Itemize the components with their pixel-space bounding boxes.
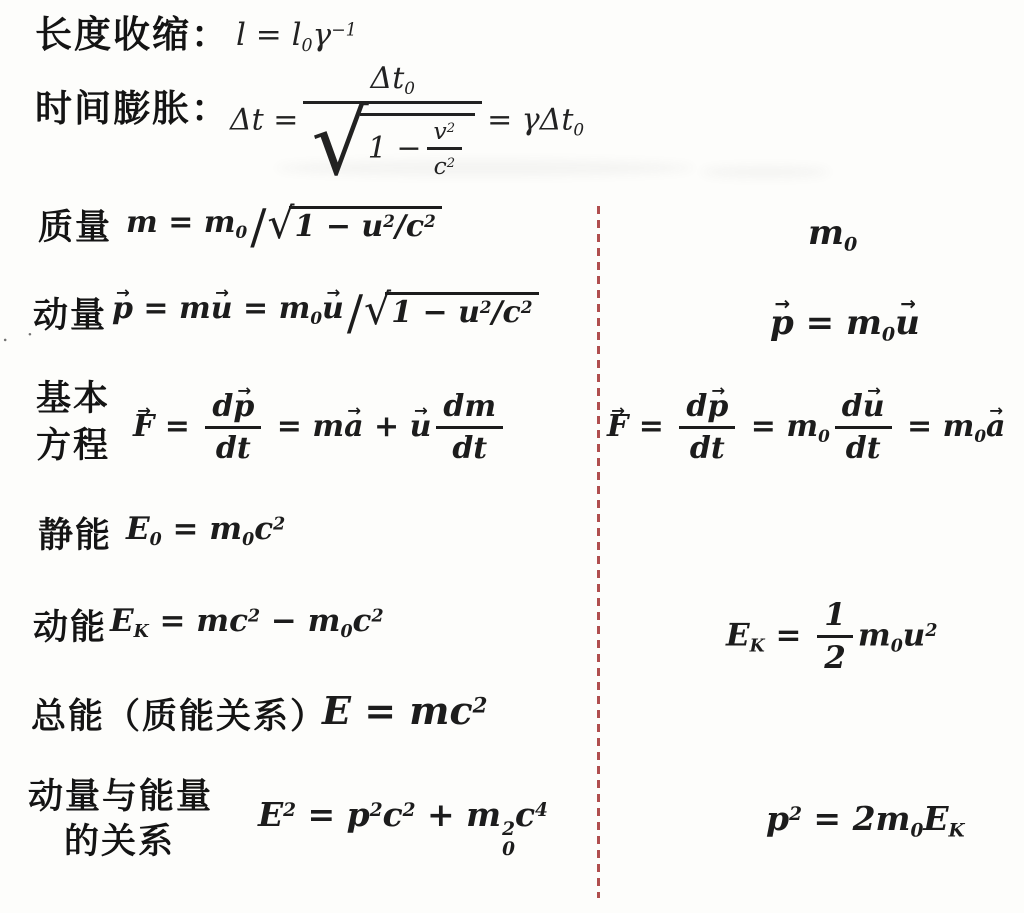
math-token: c: [515, 795, 535, 834]
math-token: E: [258, 795, 283, 834]
row-mass-label: 质量: [38, 208, 112, 248]
row-basic-equation-label-line2: 方程: [36, 426, 110, 466]
math-token: u: [903, 618, 926, 654]
math-superscript: 2: [370, 800, 383, 821]
math-token: = m: [897, 409, 975, 444]
fraction-denominator: dt: [683, 429, 732, 464]
math-superscript: 2: [925, 621, 937, 641]
math-token: E: [726, 618, 750, 654]
math-token: = 2m: [802, 799, 911, 838]
division-slash: /: [347, 298, 363, 329]
rest-energy-formula: E0 = m0c2: [126, 514, 285, 549]
math-subscript: 0: [818, 426, 830, 446]
math-token: 1 − u: [391, 295, 480, 330]
square-root: √1 −v2c2: [311, 109, 475, 179]
math-subscript: K: [750, 637, 765, 657]
math-token: γ: [313, 17, 332, 53]
kinetic-energy-classical: EK = 12m0u2: [726, 600, 937, 674]
math-superscript: 2: [447, 121, 455, 136]
math-token: p: [233, 389, 254, 424]
math-subscript: 0: [910, 820, 923, 841]
math-token: p: [707, 389, 728, 424]
math-token: = m: [233, 291, 311, 326]
math-token: 1 − u: [295, 209, 384, 244]
math-token: + m: [416, 795, 502, 834]
math-token: +: [364, 409, 410, 444]
math-token: = m: [740, 409, 818, 444]
radicand: 1 − u2/c2: [289, 206, 442, 242]
math-superscript: 2: [403, 800, 416, 821]
time-dilation-label: 时间膨胀：: [35, 88, 230, 131]
math-subscript: 0: [236, 222, 248, 242]
scanned-notes-page: . · 长度收缩： l = l0γ−1 时间膨胀： Δt =Δt0√1 −v2c…: [0, 0, 1024, 913]
math-subscript: 0: [340, 622, 352, 642]
radicand: 1 −v2c2: [360, 113, 475, 179]
length-contraction-formula: l = l0γ−1: [236, 20, 357, 55]
vector-u: u: [863, 392, 885, 422]
math-subscript: K: [948, 820, 964, 841]
math-token: m: [808, 213, 844, 253]
math-token: F: [607, 409, 628, 444]
math-subscript: 0: [573, 119, 584, 139]
math-token: /c: [492, 295, 521, 330]
fraction-numerator: du: [835, 392, 892, 426]
math-superscript: 2: [424, 211, 436, 231]
math-token: u: [322, 291, 344, 326]
fraction-denominator: dt: [445, 429, 494, 464]
fraction: dpdt: [679, 392, 735, 464]
fraction-denominator: √1 −v2c2: [303, 104, 482, 179]
math-subscript: K: [134, 622, 149, 642]
momentum-energy-relation-relativistic: E2 = p2c2 + m20c4: [258, 798, 548, 859]
math-superscript: 2: [383, 211, 395, 231]
math-token: = mc: [149, 603, 248, 639]
math-token: c: [353, 603, 372, 639]
math-subscript: 0: [502, 840, 515, 859]
time-dilation-formula: Δt =Δt0√1 −v2c2= γΔt0: [230, 64, 584, 179]
math-token: Δt =: [230, 102, 298, 137]
vector-p: p: [233, 392, 254, 422]
vector-u: u: [211, 294, 233, 324]
math-superscript: −1: [331, 20, 357, 40]
row-kinetic-energy-label: 动能: [33, 608, 107, 648]
math-superscript: 2: [789, 804, 802, 825]
math-superscript: 2: [283, 800, 296, 821]
math-superscript: 2: [521, 297, 533, 317]
math-token: u: [410, 409, 432, 444]
math-superscript: 2: [473, 693, 488, 718]
math-token: E: [110, 603, 134, 639]
square-root: √1 − u2/c2: [364, 292, 538, 328]
math-superscript: 4: [535, 800, 548, 821]
fraction-denominator: dt: [839, 429, 888, 464]
row-momentum-label: 动量: [33, 296, 107, 336]
math-token: E: [126, 511, 150, 547]
momentum-formula-relativistic: p = mu = m0u/√1 − u2/c2: [112, 292, 539, 329]
division-slash: /: [250, 212, 266, 243]
basic-equation-classical: F = dpdt = m0dudt = m0a: [607, 392, 1006, 464]
math-superscript: 2: [502, 820, 515, 839]
math-superscript: 2: [371, 606, 383, 626]
fraction-numerator: dm: [436, 392, 503, 426]
math-token: c: [434, 152, 447, 180]
square-root: √1 − u2/c2: [267, 206, 441, 242]
mass-formula-classical: m0: [808, 216, 857, 255]
vector-u: u: [410, 412, 432, 442]
vector-u: u: [895, 306, 920, 340]
math-token: =: [154, 409, 200, 444]
math-superscript: 2: [248, 606, 260, 626]
math-token: u: [211, 291, 233, 326]
fraction-denominator: 2: [817, 638, 853, 674]
math-token: m: [858, 618, 891, 654]
math-subscript: 0: [150, 530, 162, 550]
fraction-numerator: dp: [679, 392, 735, 426]
fraction-numerator: 1: [817, 600, 853, 635]
math-token: u: [863, 389, 885, 424]
row-momentum-energy-label-line2: 的关系: [64, 822, 175, 862]
math-subscript: 0: [891, 637, 903, 657]
scan-smudge: [700, 166, 830, 178]
math-subscript: 0: [242, 530, 254, 550]
math-token: d: [842, 389, 863, 424]
math-token: = m: [162, 511, 242, 547]
fraction: 12: [817, 600, 853, 674]
math-token: a: [344, 409, 363, 444]
math-token: v: [434, 117, 447, 145]
total-energy-formula: E = mc2: [322, 692, 487, 730]
math-token: l = l: [236, 17, 302, 53]
mass-formula-relativistic: m = m0/√1 − u2/c2: [126, 206, 442, 243]
row-momentum-energy-label-line1: 动量与能量: [28, 777, 213, 817]
math-subscript: 0: [404, 78, 415, 98]
row-total-energy-label: 总能（质能关系）: [31, 697, 327, 737]
vector-u: u: [322, 294, 344, 324]
length-contraction-label: 长度收缩：: [35, 14, 230, 57]
math-token: = m: [794, 303, 882, 343]
math-token: =: [765, 618, 813, 654]
vector-F: F: [133, 412, 154, 442]
row-basic-equation-label-line1: 基本: [36, 379, 110, 419]
fraction-numerator: v2: [427, 120, 463, 147]
math-token: u: [895, 303, 920, 343]
fraction-denominator: dt: [209, 429, 258, 464]
math-token: = p: [296, 795, 370, 834]
fraction: v2c2: [427, 120, 463, 179]
stacked-sup-sub: 20: [502, 820, 515, 859]
fraction-numerator: Δt0: [364, 64, 422, 101]
math-token: d: [686, 389, 707, 424]
math-token: E = mc: [322, 688, 473, 733]
row-rest-energy-label: 静能: [38, 516, 112, 556]
vector-F: F: [607, 412, 628, 442]
momentum-energy-relation-classical: p2 = 2m0EK: [766, 802, 965, 841]
math-token: p: [770, 303, 794, 343]
fraction-denominator: c2: [427, 150, 462, 178]
math-token: m = m: [126, 205, 236, 240]
math-token: = m: [133, 291, 211, 326]
math-token: − m: [260, 603, 340, 639]
vector-a: a: [986, 412, 1005, 442]
fraction: Δt0√1 −v2c2: [303, 64, 482, 179]
math-token: /c: [395, 209, 424, 244]
math-token: c: [383, 795, 403, 834]
vector-p: p: [770, 306, 794, 340]
fraction: dudt: [835, 392, 892, 464]
math-superscript: 2: [447, 156, 455, 171]
math-subscript: 0: [882, 324, 895, 346]
math-token: p: [112, 291, 133, 326]
basic-equation-relativistic: F = dpdt = ma + udmdt: [133, 392, 508, 464]
math-subscript: 0: [310, 308, 322, 328]
vector-p: p: [707, 392, 728, 422]
math-token: p: [766, 799, 789, 838]
math-token: = γΔt: [487, 102, 573, 137]
math-superscript: 2: [273, 514, 285, 534]
math-token: 1 −: [368, 134, 422, 164]
fraction: dmdt: [436, 392, 503, 464]
fraction-numerator: dp: [205, 392, 261, 426]
radicand: 1 − u2/c2: [385, 292, 538, 328]
momentum-formula-classical: p = m0u: [770, 306, 920, 345]
math-subscript: 0: [302, 36, 313, 56]
math-token: =: [628, 409, 674, 444]
math-subscript: 0: [844, 234, 857, 256]
math-token: F: [133, 409, 154, 444]
math-token: = m: [266, 409, 344, 444]
column-divider-dashed-line: [597, 206, 600, 898]
fraction: dpdt: [205, 392, 261, 464]
kinetic-energy-relativistic: EK = mc2 − m0c2: [110, 606, 384, 641]
math-superscript: 2: [480, 297, 492, 317]
math-token: E: [923, 799, 948, 838]
math-subscript: 0: [974, 426, 986, 446]
math-token: a: [986, 409, 1005, 444]
vector-a: a: [344, 412, 363, 442]
math-token: Δt: [371, 61, 405, 96]
math-token: d: [212, 389, 233, 424]
math-token: c: [254, 511, 273, 547]
vector-p: p: [112, 294, 133, 324]
